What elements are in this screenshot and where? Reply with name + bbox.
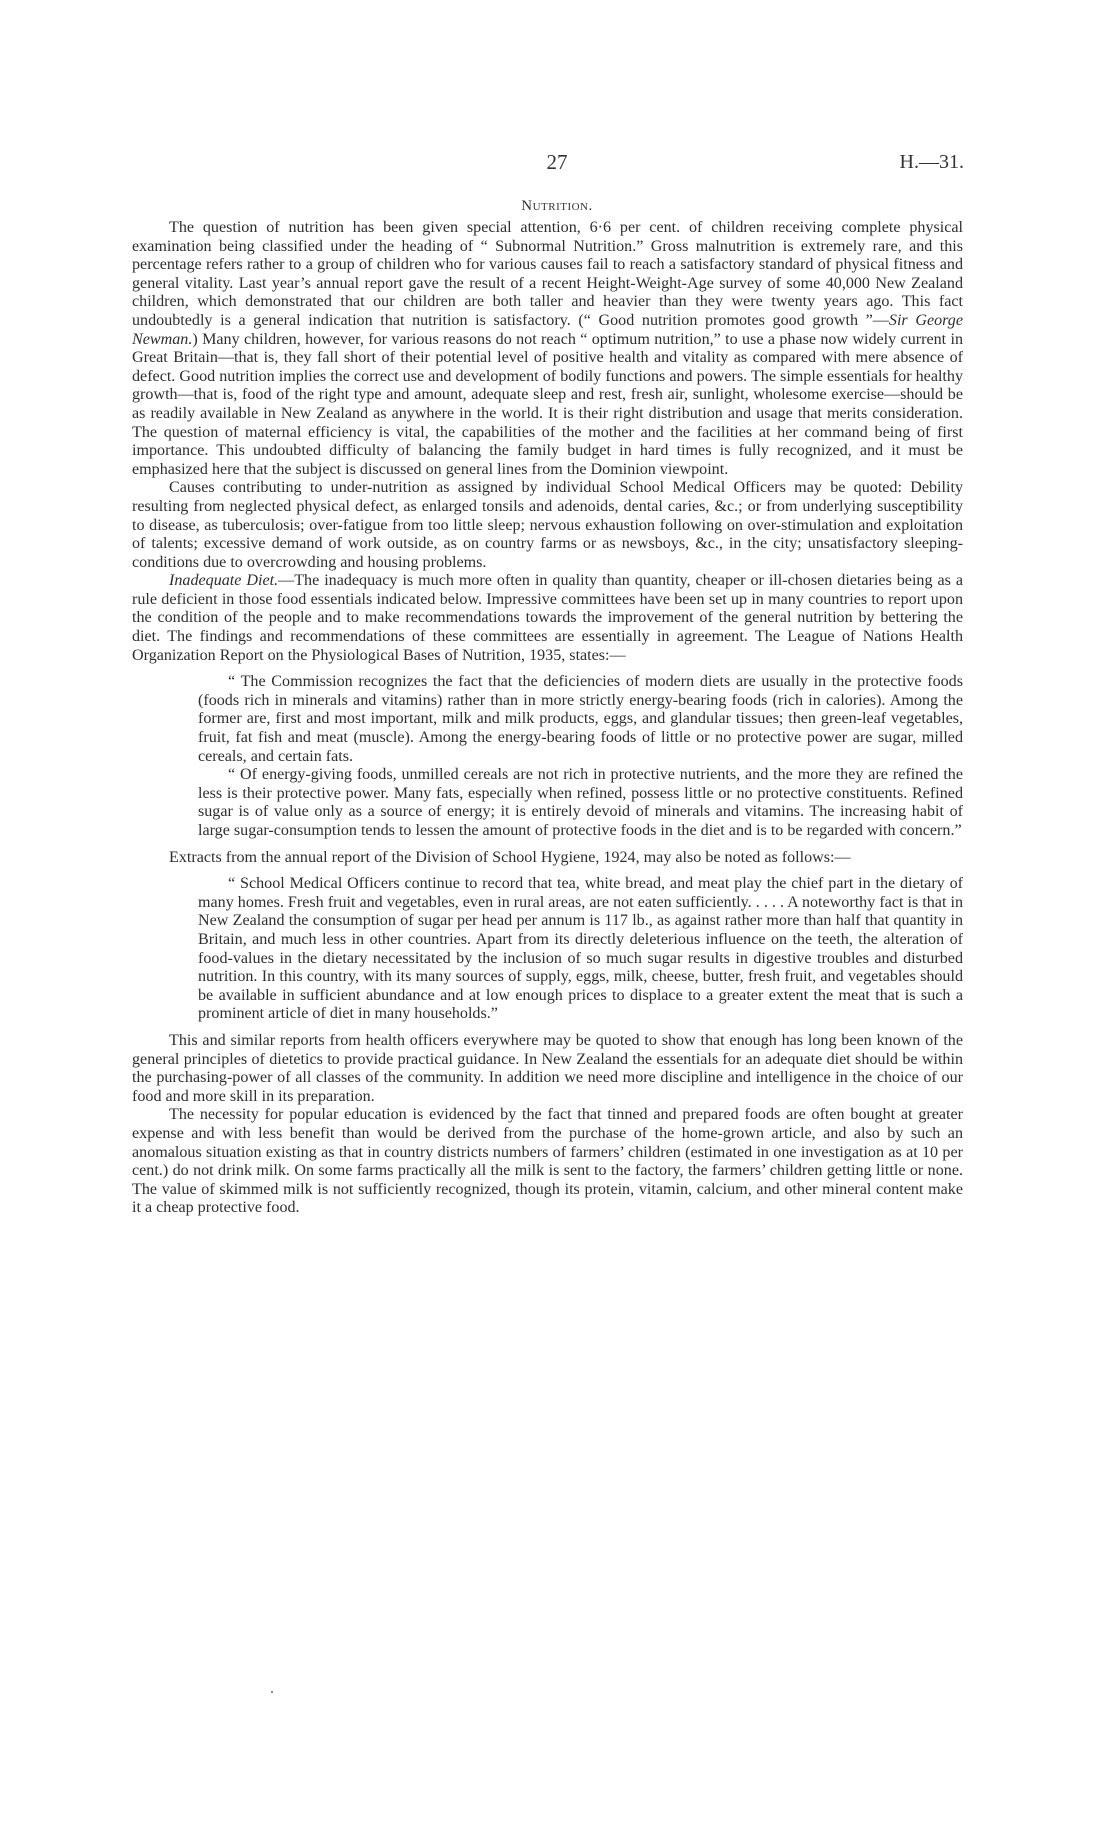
body-text: The question of nutrition has been given…	[132, 219, 963, 1218]
section-title: Nutrition.	[0, 198, 1114, 215]
paragraph-popular-education: The necessity for popular education is e…	[132, 1106, 963, 1218]
paragraph-inadequate-diet: Inadequate Diet.—The inadequacy is much …	[132, 572, 963, 665]
paragraph-extracts: Extracts from the annual report of the D…	[132, 849, 963, 868]
paragraph-text: The question of nutrition has been given…	[132, 219, 963, 329]
paragraph-similar-reports: This and similar reports from health off…	[132, 1032, 963, 1106]
paragraph-causes: Causes contributing to under-nutrition a…	[132, 479, 963, 572]
quote-paragraph: “ School Medical Officers continue to re…	[198, 875, 963, 1024]
quote-school-hygiene: “ School Medical Officers continue to re…	[198, 875, 963, 1024]
quote-paragraph: “ The Commission recognizes the fact tha…	[198, 673, 963, 766]
document-reference: H.—31.	[900, 151, 964, 174]
quote-league-of-nations: “ The Commission recognizes the fact tha…	[198, 673, 963, 840]
quote-paragraph: “ Of energy-giving foods, unmilled cerea…	[198, 766, 963, 840]
paragraph-subnormal-nutrition: The question of nutrition has been given…	[132, 219, 963, 479]
print-speck	[271, 1691, 273, 1693]
document-page: 27 H.—31. Nutrition. The question of nut…	[0, 0, 1114, 1841]
inline-heading: Inadequate Diet.	[169, 572, 278, 589]
paragraph-text: ) Many children, however, for various re…	[132, 331, 963, 478]
